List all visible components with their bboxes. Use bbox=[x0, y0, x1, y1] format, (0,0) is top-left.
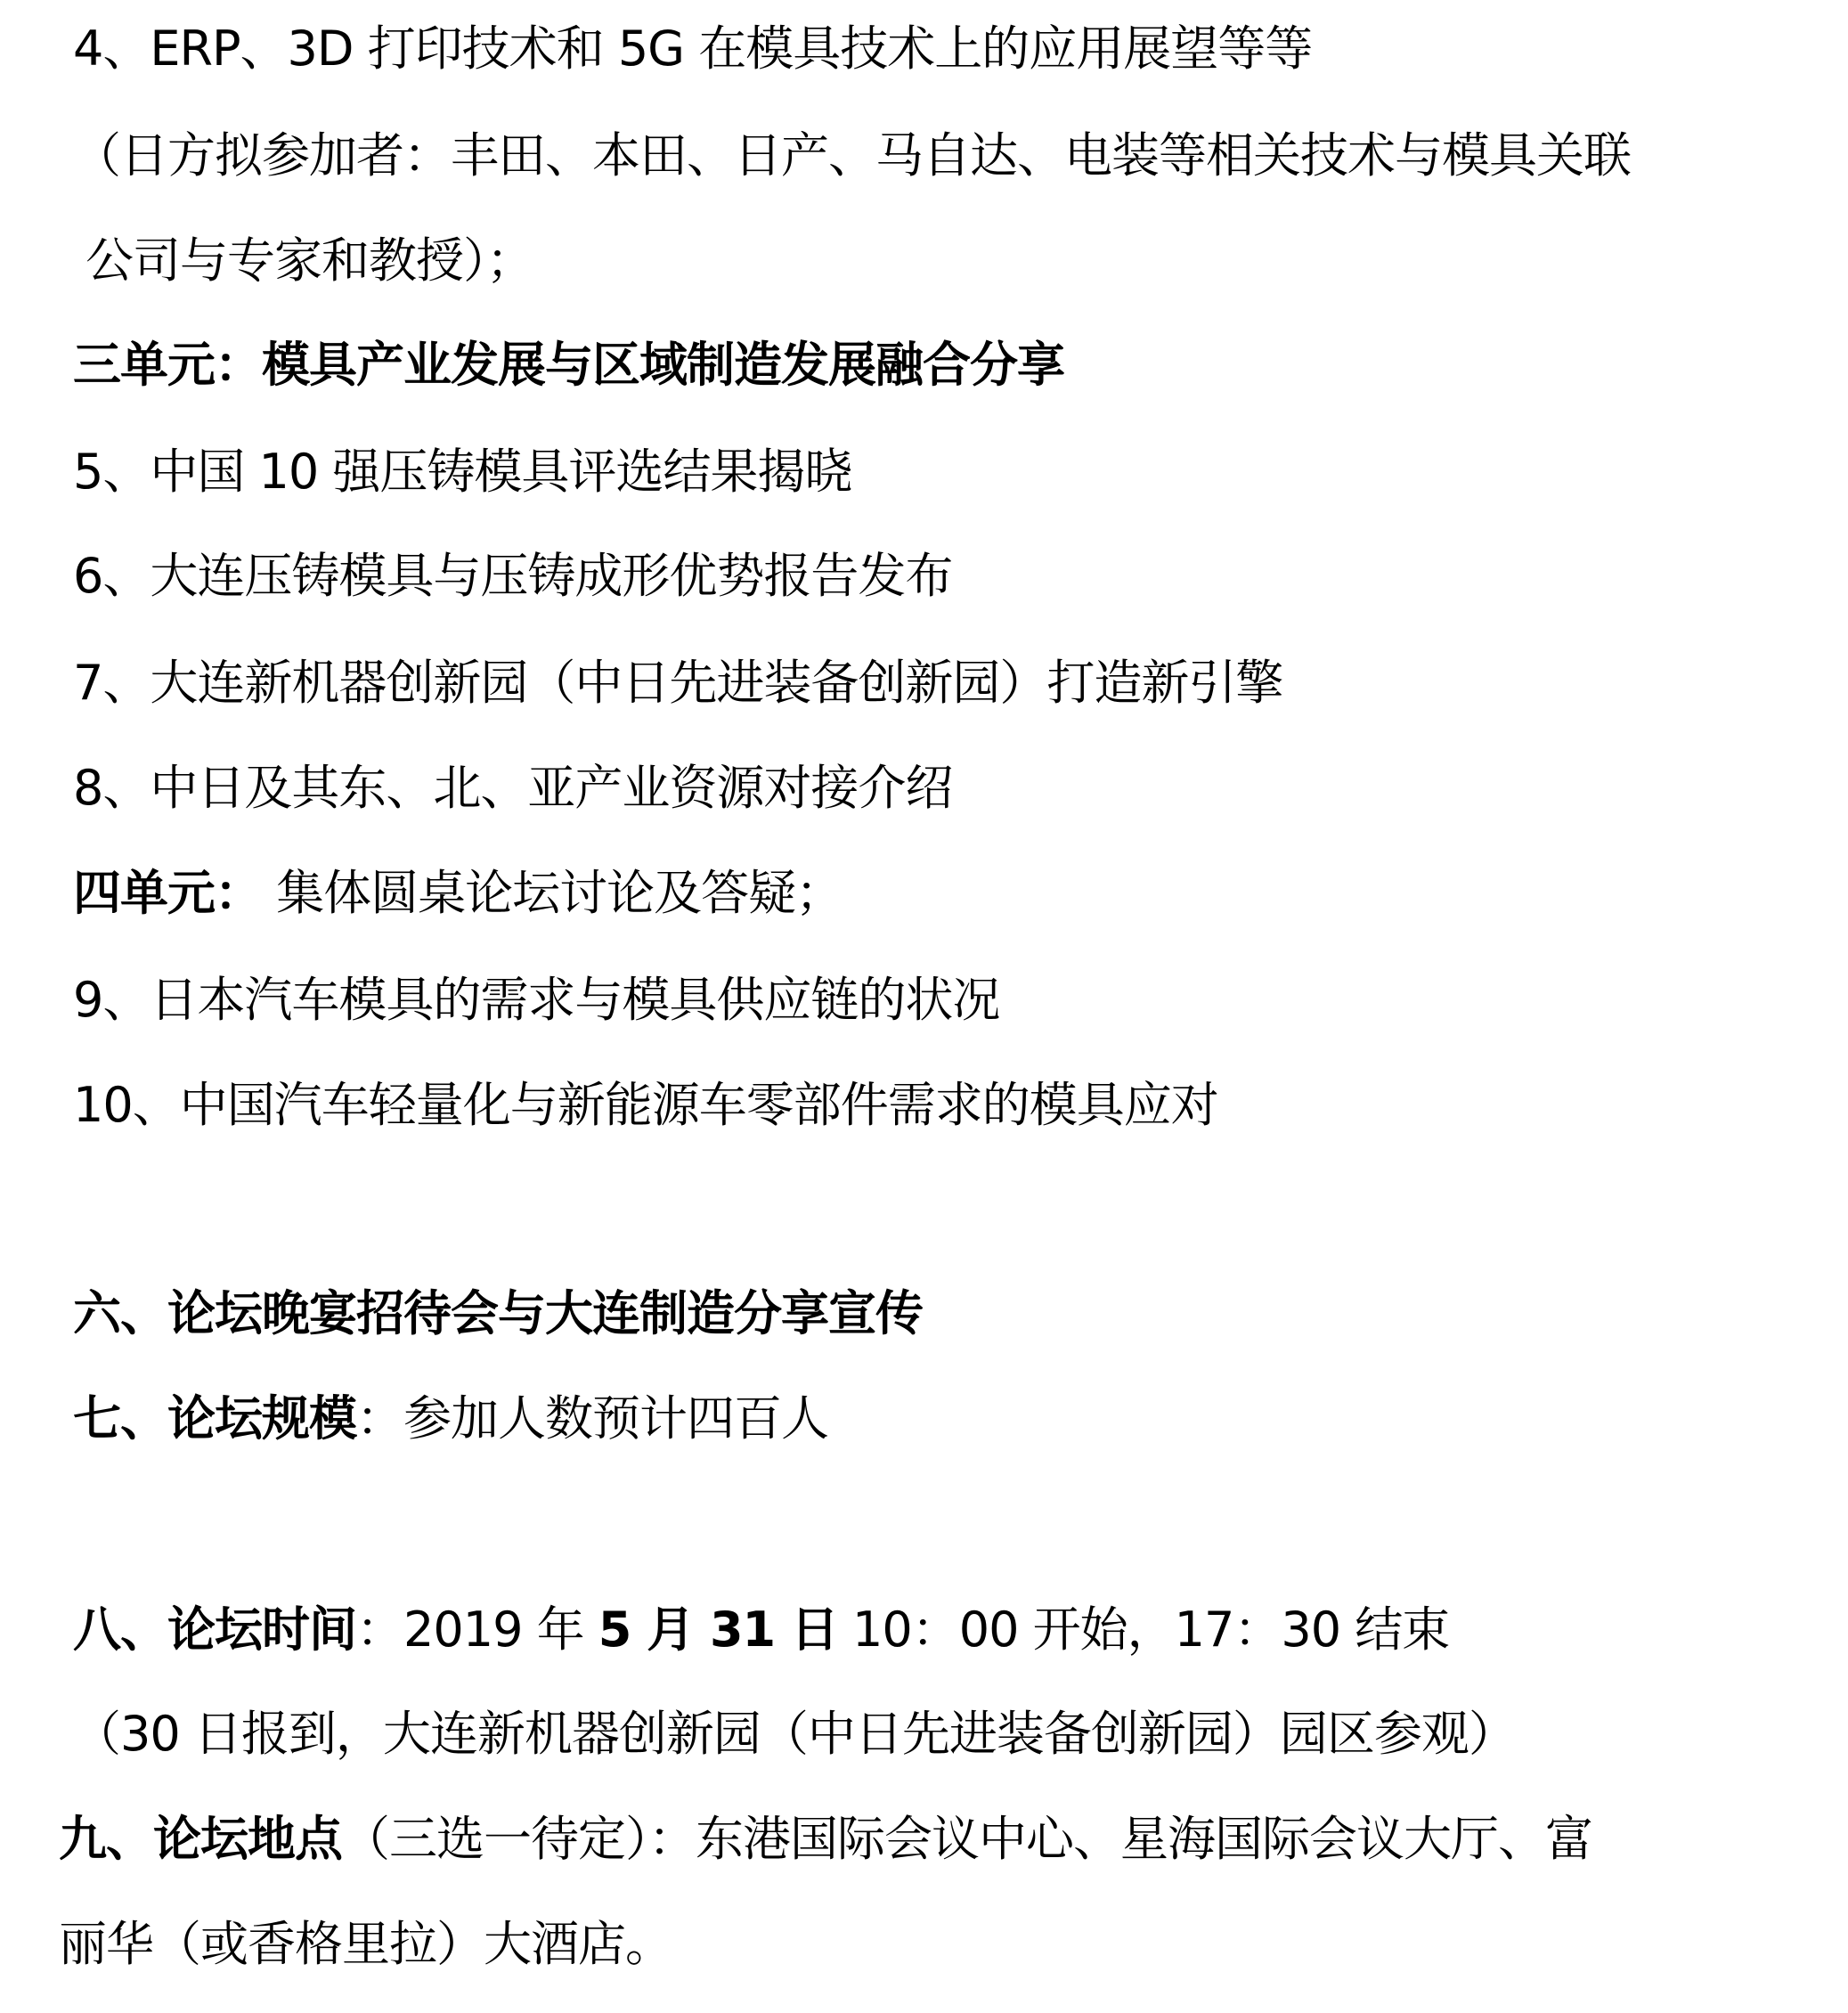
section-6-heading: 六、论坛晚宴招待会与大连制造分享宣传 bbox=[73, 1283, 923, 1345]
agenda-item-7: 7、大连新机器创新园（中日先进装备创新园）打造新引擎 bbox=[73, 652, 1282, 714]
unit-4-label: 四单元： bbox=[73, 865, 262, 921]
section-7-label: 七、论坛规模 bbox=[73, 1390, 356, 1447]
section-7-scale: 七、论坛规模：参加人数预计四百人 bbox=[73, 1388, 828, 1450]
section-9-text: （三选一待定）：东港国际会议中心、星海国际会议大厅、富 bbox=[342, 1811, 1592, 1867]
section-7-text: ：参加人数预计四百人 bbox=[356, 1390, 828, 1447]
section-8-hours: 10：00 开始，17：30 结束 bbox=[838, 1601, 1449, 1658]
unit-4-heading: 四单元： 集体圆桌论坛讨论及答疑； bbox=[73, 862, 843, 925]
section-9-label: 九、论坛地点 bbox=[59, 1811, 342, 1867]
agenda-item-5: 5、中国 10 强压铸模具评选结果揭晓 bbox=[73, 441, 851, 503]
agenda-item-4: 4、ERP、3D 打印技术和 5G 在模具技术上的应用展望等等 bbox=[73, 18, 1312, 80]
section-8-time: 八、论坛时间：2019 年 5 月 31 日 10：00 开始，17：30 结束 bbox=[73, 1599, 1449, 1661]
agenda-item-6: 6、大连压铸模具与压铸成形优势报告发布 bbox=[73, 545, 952, 607]
participants-note: （日方拟参加者：丰田、本田、日产、马自达、电装等相关技术与模具关联 bbox=[73, 125, 1631, 187]
unit-4-text: 集体圆桌论坛讨论及答疑； bbox=[262, 865, 843, 921]
participants-note-cont: 公司与专家和教授）； bbox=[85, 230, 533, 292]
section-8-date: 5 月 31 日 bbox=[598, 1601, 838, 1658]
section-9-venue: 九、论坛地点（三选一待定）：东港国际会议中心、星海国际会议大厅、富 bbox=[59, 1808, 1592, 1870]
section-8-note: （30 日报到，大连新机器创新园（中日先进装备创新园）园区参观） bbox=[73, 1703, 1516, 1765]
agenda-item-9: 9、日本汽车模具的需求与模具供应链的状况 bbox=[73, 969, 999, 1031]
agenda-item-8: 8、中日及其东、北、亚产业资源对接介绍 bbox=[73, 757, 952, 819]
unit-3-heading: 三单元：模具产业发展与区域制造发展融合分享 bbox=[73, 334, 1064, 396]
section-8-year: ：2019 年 bbox=[356, 1601, 598, 1658]
section-8-label: 八、论坛时间 bbox=[73, 1601, 356, 1658]
agenda-item-10: 10、中国汽车轻量化与新能源车零部件需求的模具应对 bbox=[73, 1074, 1218, 1137]
section-9-venue-cont: 丽华（或香格里拉）大酒店。 bbox=[59, 1913, 672, 1976]
